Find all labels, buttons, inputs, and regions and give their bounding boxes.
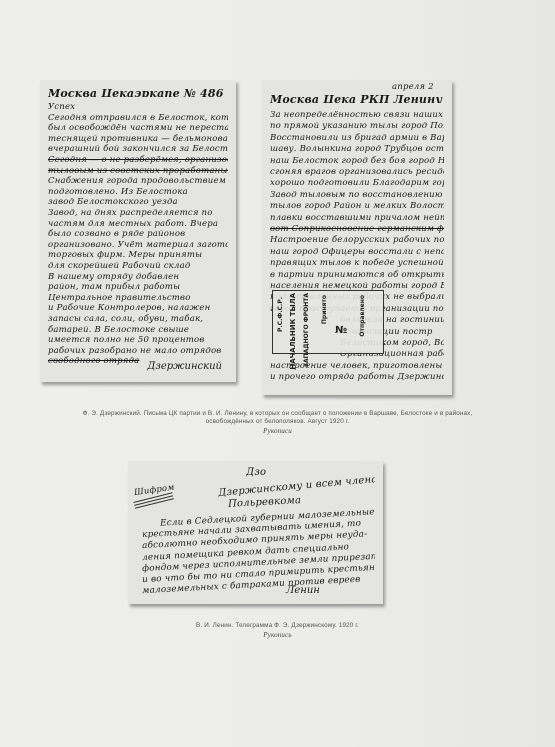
stamp-front: ЗАПАДНОГО ФРОНТА bbox=[303, 293, 310, 367]
handwritten-line: запасы сала, соли, обуви, табак, bbox=[48, 314, 228, 324]
handwritten-line: частям для местных работ. Вчера bbox=[48, 219, 228, 229]
stamp-sent: Отправлено bbox=[359, 295, 366, 337]
handwritten-line: имеется полно не 50 процентов bbox=[48, 335, 228, 345]
handwritten-line: теснящей противника — бельмоновая армия bbox=[48, 134, 228, 144]
handwritten-line: вчерашний бой закончился за Белосток бер… bbox=[48, 144, 228, 154]
handwritten-line: Завод тыловым по восстановлению bbox=[270, 190, 444, 200]
handwritten-line: Настроение белорусских рабочих повышено bbox=[270, 235, 444, 245]
stamp-number: № bbox=[335, 325, 347, 336]
handwritten-line: хорошо подготовили Благодарим город Раб bbox=[270, 178, 444, 188]
lenin-telegram: Шифром Дзо Дзержинскому и всем членам По… bbox=[128, 461, 383, 604]
handwritten-line: батарей. В Белостоке свыше bbox=[48, 325, 228, 335]
caption-letters-line2: освобождённых от белополяков. Август 192… bbox=[0, 418, 555, 425]
caption-letters-line1: Ф. Э. Дзержинский. Письма ЦК партии и В.… bbox=[0, 410, 555, 417]
letter-right-header: Москва Цека РКП Ленину bbox=[270, 93, 444, 103]
handwritten-line: для скорейшей Рабочий склад bbox=[48, 261, 228, 271]
handwritten-line: по прямой указанию тылы город Польши bbox=[270, 121, 444, 131]
handwritten-line: и Рабочие Контролеров, налажен bbox=[48, 303, 228, 313]
dzerzhinsky-letter-left: Москва Цекаэркапе № 486 УспехСегодня отп… bbox=[40, 80, 236, 382]
handwritten-line: было созвано в ряде районов bbox=[48, 229, 228, 239]
handwritten-line: сгоняя врагов организовались ресиденты bbox=[270, 167, 444, 177]
handwritten-line: Успех bbox=[48, 102, 228, 112]
dzerzhinsky-letter-right: апреля 2 Москва Цека РКП Ленину За неопр… bbox=[262, 80, 452, 395]
handwritten-line: плавки восставшими причалом нейтрально bbox=[270, 213, 444, 223]
handwritten-line: тылов город Район и мелких Волости bbox=[270, 201, 444, 211]
handwritten-line: За неопределённостью связи наших фронтов bbox=[270, 110, 444, 120]
handwritten-line: вот Соприкосновение германским фро bbox=[270, 224, 444, 234]
handwritten-line: был освобождён частями не переставая bbox=[48, 123, 228, 133]
handwritten-line: Восстановили из бригад армии в Вар- bbox=[270, 133, 444, 143]
telegram-signature: Ленин bbox=[286, 585, 320, 596]
handwritten-line: рабочих разобрано не мало отрядов bbox=[48, 346, 228, 356]
rear-chief-stamp: Р.С.Ф.С.Р. НАЧАЛЬНИК ТЫЛА ЗАПАДНОГО ФРОН… bbox=[272, 290, 384, 354]
caption-telegram-label: Рукопись bbox=[0, 631, 555, 639]
handwritten-line: подготовлено. Из Белостока bbox=[48, 187, 228, 197]
letter-right-date-mark: апреля 2 bbox=[392, 82, 444, 92]
letter-left-signature: Дзержинский bbox=[147, 361, 222, 372]
handwritten-line: торговых фирм. Меры приняты bbox=[48, 250, 228, 260]
handwritten-line: Сегодня отправился в Белосток, который bbox=[48, 113, 228, 123]
handwritten-line: Центральное правительство bbox=[48, 293, 228, 303]
handwritten-line: наш город Офицеры восстали с неподвижным… bbox=[270, 247, 444, 257]
caption-letters-label: Рукописи bbox=[0, 427, 555, 435]
handwritten-line: организовано. Учёт материал заготовлено bbox=[48, 240, 228, 250]
handwritten-line: и прочего отряда работы Дзержинский bbox=[270, 372, 444, 382]
handwritten-line: наш Белосток город без боя город Нарв bbox=[270, 156, 444, 166]
handwritten-line: Сегодня — о не разберёмся, организовано bbox=[48, 155, 228, 165]
handwritten-line: Снабжения города продовольствием bbox=[48, 176, 228, 186]
stamp-title: НАЧАЛЬНИК ТЫЛА bbox=[289, 293, 297, 370]
handwritten-line: завод Белостокского уезда bbox=[48, 197, 228, 207]
stamp-received: Принято bbox=[321, 295, 328, 324]
handwritten-line: шаву. Волынкина город Трубцов оставил, bbox=[270, 144, 444, 154]
handwritten-line: в партии принимаются об открыть дом bbox=[270, 270, 444, 280]
handwritten-line: В нашему отряду добавлен bbox=[48, 272, 228, 282]
handwritten-line: правящих тылов к победе успешной работы bbox=[270, 258, 444, 268]
handwritten-line: Завод, на днях распределяется по bbox=[48, 208, 228, 218]
caption-telegram-line1: В. И. Ленин. Телеграмма Ф. Э. Дзержинско… bbox=[0, 622, 555, 629]
letter-left-header: Москва Цекаэркапе № 486 bbox=[48, 87, 228, 97]
stamp-org: Р.С.Ф.С.Р. bbox=[277, 297, 284, 332]
handwritten-line: тыловым из советских проработаны стали bbox=[48, 166, 228, 176]
handwritten-line: район, там прибыл работы bbox=[48, 282, 228, 292]
